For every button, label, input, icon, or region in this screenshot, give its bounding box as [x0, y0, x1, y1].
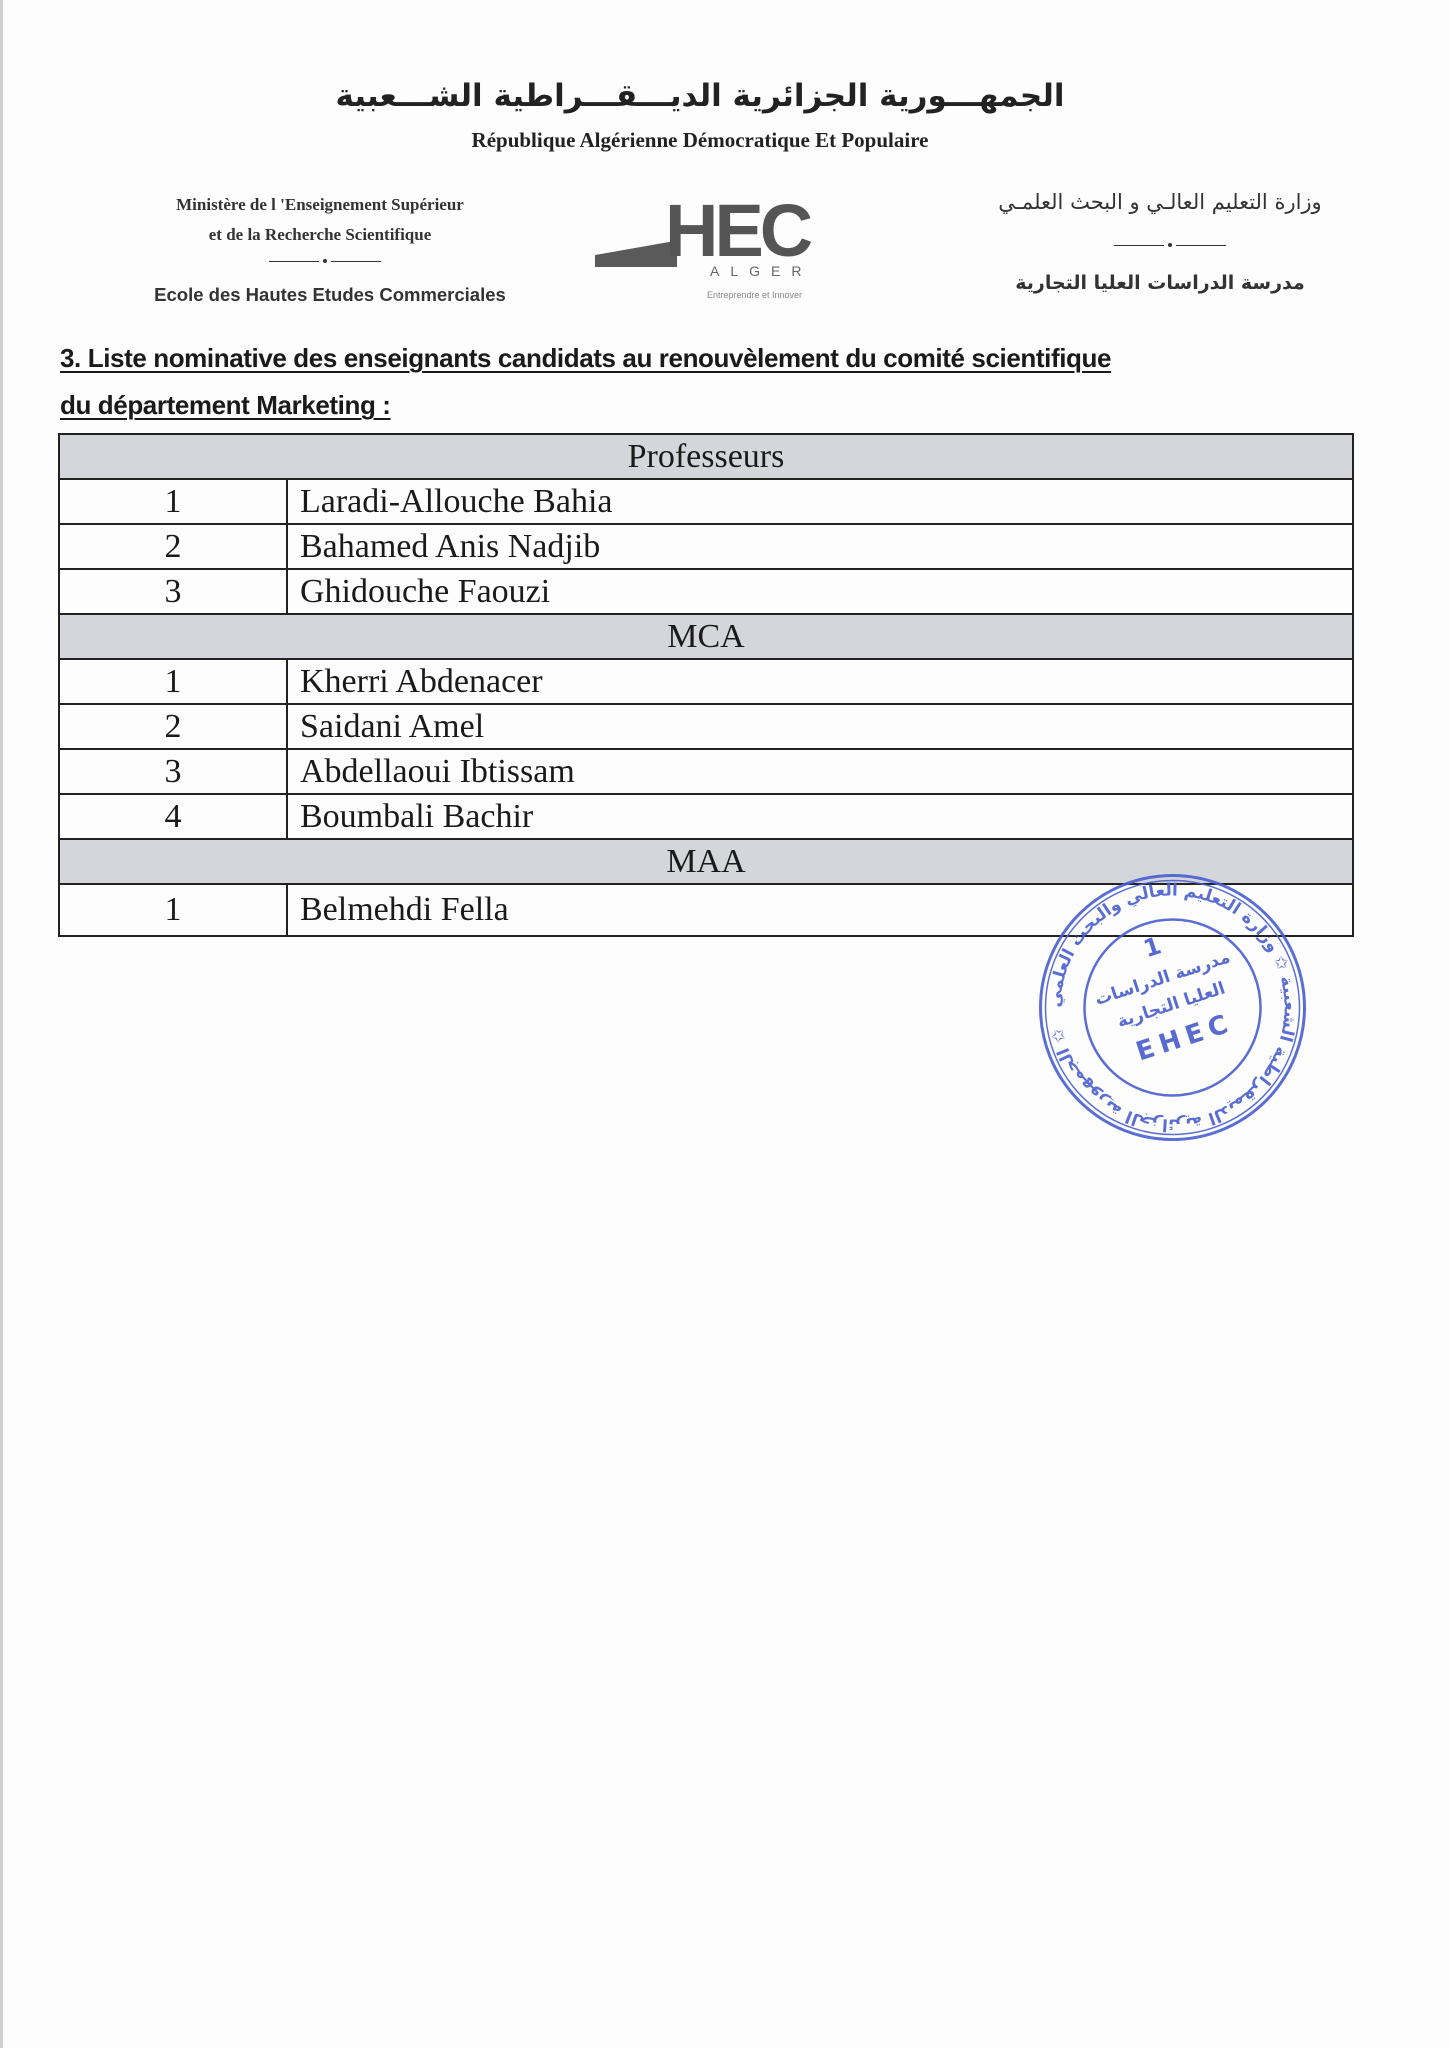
stamp-number: 1	[1140, 931, 1165, 963]
logo-city: ALGER	[710, 263, 812, 279]
table-row: 4Boumbali Bachir	[59, 794, 1353, 839]
table-row: 3Ghidouche Faouzi	[59, 569, 1353, 614]
ministry-french-line1: Ministère de l 'Enseignement Supérieur	[100, 190, 540, 220]
row-number: 1	[59, 659, 287, 704]
row-number: 1	[59, 479, 287, 524]
row-number: 3	[59, 749, 287, 794]
table-row: 2Bahamed Anis Nadjib	[59, 524, 1353, 569]
table-row: 1Laradi-Allouche Bahia	[59, 479, 1353, 524]
section-heading-line1: 3. Liste nominative des enseignants cand…	[60, 343, 1111, 374]
ministry-arabic: وزارة التعليم العالـي و البحث العلمـي	[950, 190, 1370, 214]
teacher-name: Abdellaoui Ibtissam	[287, 749, 1353, 794]
group-header-row: MCA	[59, 614, 1353, 659]
logo-wordmark: HEC	[665, 195, 809, 267]
group-title: MCA	[59, 614, 1353, 659]
section-heading-line2: du département Marketing :	[60, 390, 391, 421]
hec-logo: HEC ALGER Entreprendre et Innover	[595, 195, 885, 310]
table-row: 2Saidani Amel	[59, 704, 1353, 749]
teacher-name: Boumbali Bachir	[287, 794, 1353, 839]
row-number: 2	[59, 704, 287, 749]
teacher-name: Kherri Abdenacer	[287, 659, 1353, 704]
group-title: Professeurs	[59, 434, 1353, 479]
ministry-french-line2: et de la Recherche Scientifique	[100, 220, 540, 250]
row-number: 2	[59, 524, 287, 569]
row-number: 1	[59, 884, 287, 936]
teacher-name: Laradi-Allouche Bahia	[287, 479, 1353, 524]
page-edge	[0, 0, 3, 2048]
group-header-row: Professeurs	[59, 434, 1353, 479]
teacher-name: Ghidouche Faouzi	[287, 569, 1353, 614]
row-number: 3	[59, 569, 287, 614]
teacher-name: Saidani Amel	[287, 704, 1353, 749]
row-number: 4	[59, 794, 287, 839]
republic-arabic: الجمهـــورية الجزائرية الديـــقـــراطية …	[300, 78, 1100, 114]
logo-tagline: Entreprendre et Innover	[707, 290, 802, 300]
ministry-french: Ministère de l 'Enseignement Supérieur e…	[100, 190, 540, 250]
table-row: 3Abdellaoui Ibtissam	[59, 749, 1353, 794]
teacher-name: Bahamed Anis Nadjib	[287, 524, 1353, 569]
divider-right	[1080, 243, 1260, 247]
divider-left	[260, 259, 390, 263]
table-row: 1Kherri Abdenacer	[59, 659, 1353, 704]
candidates-table: Professeurs1Laradi-Allouche Bahia2Bahame…	[58, 433, 1354, 937]
school-arabic: مدرسة الدراسات العليا التجارية	[950, 272, 1370, 294]
official-stamp-icon: الجمهورية الجزائرية الديمقراطية الشعبية …	[1035, 870, 1310, 1145]
republic-french: République Algérienne Démocratique Et Po…	[300, 128, 1100, 153]
school-french: Ecole des Hautes Etudes Commerciales	[100, 284, 560, 306]
